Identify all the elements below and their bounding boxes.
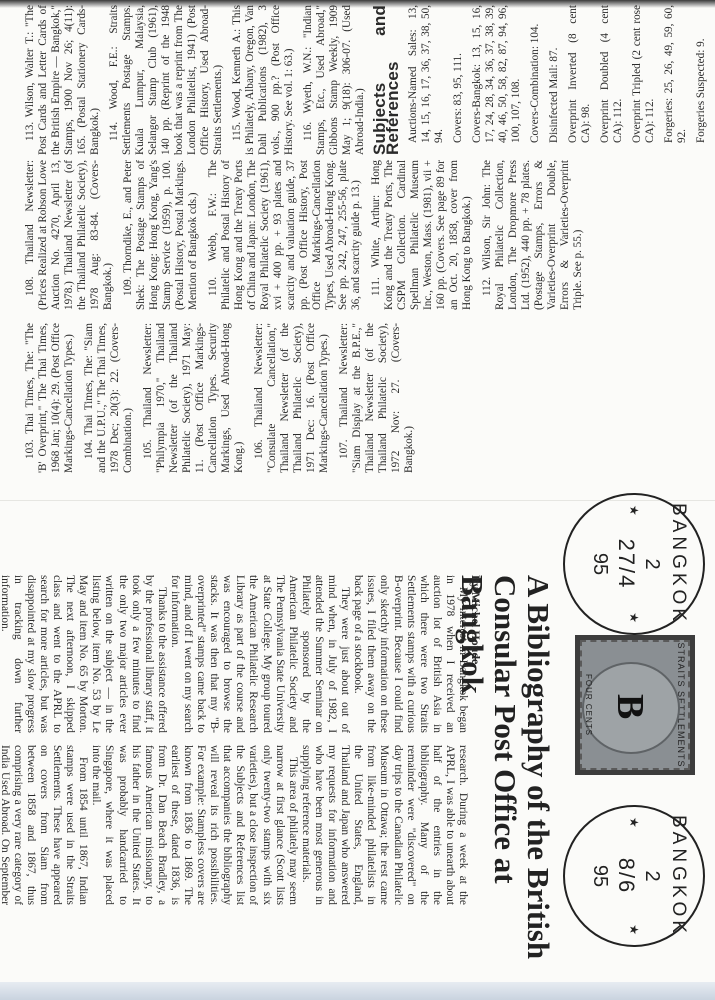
subject-item: Forgeries Suspected: 9. xyxy=(695,5,708,155)
star-icon: ★ xyxy=(627,612,641,623)
biblio-column-3: 113. Wilson, Walter T.: "The Post Cards … xyxy=(24,5,715,155)
biblio-entry: 110. Webb, F.W.: The Philatelic and Post… xyxy=(207,160,363,310)
biblio-entry: 114. Wood, F.E.: Straits Settlements Pos… xyxy=(108,5,225,155)
bibliography-section: 103. Thai Times, The: "The 'B' Overprint… xyxy=(0,10,715,495)
article-column-1: My interest in Bangkok began in 1978 whe… xyxy=(0,575,469,733)
biblio-entry: 116. Wyeth, W.N.: "Indian Stamps, Etc., … xyxy=(302,5,367,155)
biblio-entry: 104. Thai Times, The: "Siam and the U.P.… xyxy=(83,323,135,473)
biblio-entry: 115. Wood, Kenneth A.: This is Philately… xyxy=(231,5,296,155)
biblio-entry: 107. Thailand Newsletter: "Siam Display … xyxy=(338,323,416,473)
subject-item: Overprint Inverted (8 cent CA): 98. xyxy=(567,5,593,155)
subject-item: Overprint Tripled (2 cent rose CA): 112. xyxy=(631,5,657,155)
subject-item: Overprint Doubled (4 cent CA): 112. xyxy=(599,5,625,155)
b-overprint: B xyxy=(608,694,652,719)
biblio-entry: 111. White, Arthur: Hong Kong and the Tr… xyxy=(370,160,474,310)
biblio-column-2: 108. Thailand Newsletter: (Prices Realiz… xyxy=(24,160,592,310)
biblio-entry: 108. Thailand Newsletter: (Prices Realiz… xyxy=(24,160,115,310)
biblio-entry: 105. Thailand Newsletter: "Philympia 197… xyxy=(142,323,246,473)
subject-item: Covers-Bangkok: 13, 15, 16, 17, 24, 28, … xyxy=(471,5,523,155)
biblio-entry: 103. Thai Times, The: "The 'B' Overprint… xyxy=(24,323,76,473)
biblio-column-1: 103. Thai Times, The: "The 'B' Overprint… xyxy=(24,323,423,473)
subject-item: Forgeries: 25, 26, 49, 59, 60, 92. xyxy=(663,5,689,155)
article-section: BANGKOK 2 ★ 27/4 ★ 95 STRAITS SETTLEMENT… xyxy=(0,505,715,985)
biblio-entry: 109. Thorndike, E., and Peter Shek: The … xyxy=(122,160,200,310)
magazine-page: 103. Thai Times, The: "The 'B' Overprint… xyxy=(0,0,715,1000)
biblio-entry: 112. Wilson, Sir John: The Royal Philate… xyxy=(481,160,585,310)
stamp-image-b-overprint: STRAITS SETTLEMENTS B FOUR CENTS xyxy=(575,635,695,775)
subject-item: Disinfected Mail: 87. xyxy=(548,5,561,155)
biblio-entry: 113. Wilson, Walter T.: "The Post Cards … xyxy=(24,5,102,155)
subject-item: Covers: 83, 95, 111. xyxy=(452,5,465,155)
biblio-entry: 106. Thailand Newsletter: "Consulate Can… xyxy=(253,323,331,473)
postmark-bangkok-8-6-95: BANGKOK 2 ★ 8/6 ★ 95 xyxy=(563,805,705,947)
star-icon: ★ xyxy=(627,924,641,935)
subject-item: Covers-Combination: 104. xyxy=(529,5,542,155)
byline: By Michel Houde xyxy=(468,575,483,664)
subject-item: Auctions-Named Sales: 13, 14, 15, 16, 17… xyxy=(407,5,446,155)
subjects-heading: Subjects and References xyxy=(373,5,399,155)
article-column-2: research. During a week at the APRL, I w… xyxy=(0,745,469,905)
postmark-bangkok-27-4-95: BANGKOK 2 ★ 27/4 ★ 95 xyxy=(563,493,705,635)
